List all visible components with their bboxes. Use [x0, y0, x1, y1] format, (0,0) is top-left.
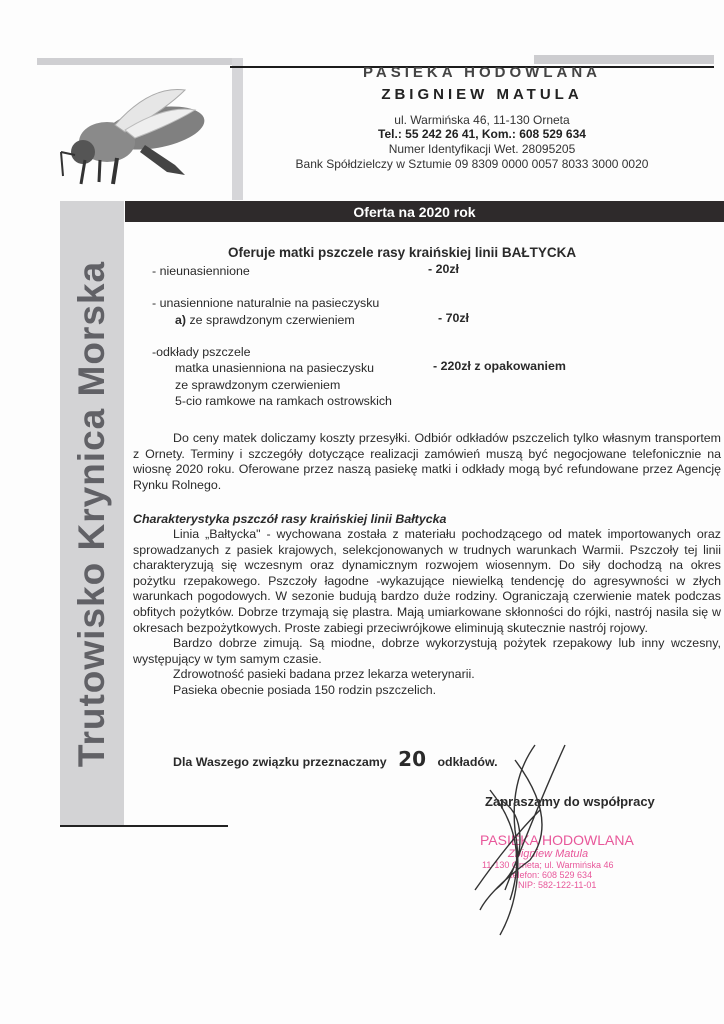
- offer-title-band: Oferta na 2020 rok: [125, 201, 724, 222]
- offer-item-3-label: -odkłady pszczele: [152, 345, 250, 359]
- offer-item-1-price: - 20zł: [428, 262, 459, 276]
- offer-item-2-label: - unasiennione naturalnie na pasieczysku: [152, 296, 379, 310]
- company-name: PASIEKA HODOWLANA: [240, 64, 724, 81]
- offer-title: Oferta na 2020 rok: [353, 204, 475, 220]
- offer-item-3-price: - 220zł z opakowaniem: [433, 359, 566, 373]
- allocation-number: 20: [398, 747, 426, 771]
- sidebar-bottom-rule: [60, 825, 228, 827]
- sidebar-label: Trutowisko Krynica Morska: [60, 201, 124, 826]
- bee-icon: [55, 80, 215, 190]
- vet-id: Numer Identyfikacji Wet. 28095205: [240, 142, 724, 156]
- address: ul. Warmińska 46, 11-130 Orneta: [240, 113, 724, 127]
- header-frame-top: [37, 58, 243, 65]
- offer-item-1-label: - nieunasiennione: [152, 264, 250, 278]
- characteristics-heading: Charakterystyka pszczół rasy kraińskiej …: [133, 512, 446, 526]
- allocation-line: Dla Waszego związku przeznaczamy 20 odkł…: [173, 747, 498, 771]
- phone: Tel.: 55 242 26 41, Kom.: 608 529 634: [240, 127, 724, 141]
- header-accent-bar: [534, 55, 714, 64]
- bank-account: Bank Spółdzielczy w Sztumie 09 8309 0000…: [230, 157, 714, 171]
- offer-item-2-price: - 70zł: [438, 311, 469, 325]
- signature: [470, 740, 600, 940]
- offer-item-3-line3: 5-cio ramkowe na ramkach ostrowskich: [175, 394, 392, 408]
- offer-item-3-line2: ze sprawdzonym czerwieniem: [175, 378, 340, 392]
- terms-paragraph: Do ceny matek doliczamy koszty przesyłki…: [133, 431, 721, 493]
- offer-item-3-line1: matka unasienniona na pasieczysku: [175, 361, 374, 375]
- offer-heading: Oferuje matki pszczele rasy kraińskiej l…: [228, 245, 576, 260]
- owner-name: ZBIGNIEW MATULA: [240, 86, 724, 103]
- offer-item-2-sub: a) ze sprawdzonym czerwieniem: [175, 313, 355, 327]
- characteristics-body: Linia „Bałtycka" - wychowana została z m…: [133, 527, 721, 699]
